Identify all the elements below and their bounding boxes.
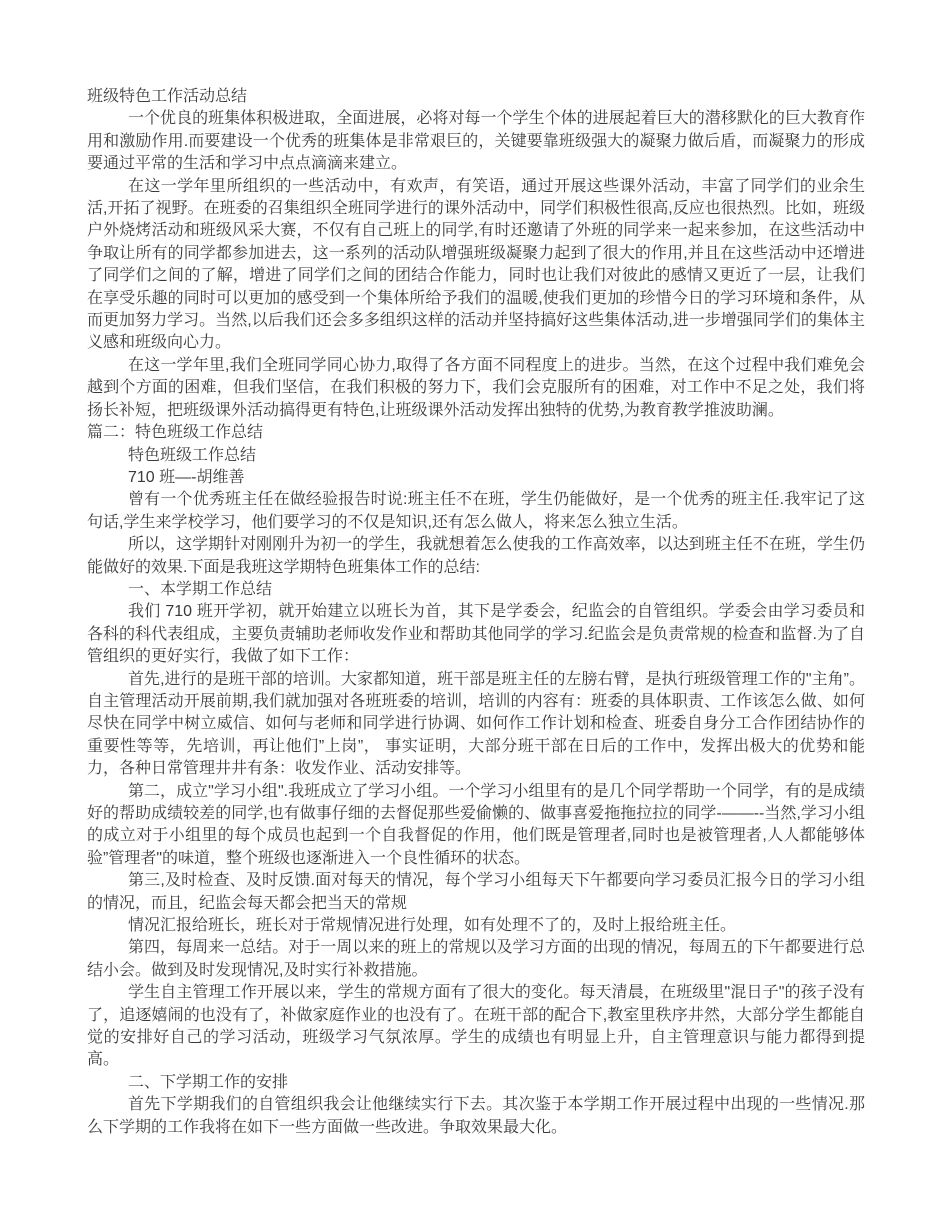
heading-next-term-plan: 二、下学期工作的安排 bbox=[87, 1072, 865, 1094]
heading-current-term-summary: 一、本学期工作总结 bbox=[87, 579, 865, 601]
paragraph-fourth-weekly-summary: 第四，每周来一总结。对于一周以来的班上的常规以及学习方面的出现的情况，每周五的下… bbox=[87, 937, 865, 982]
paragraph-activities: 在这一学年里所组织的一些活动中，有欢声，有笑语，通过开展这些课外活动，丰富了同学… bbox=[87, 176, 865, 355]
paragraph-intro: 一个优良的班集体积极进取，全面进展，必将对每一个学生个体的进展起着巨大的潜移默化… bbox=[87, 108, 865, 175]
paragraph-second-study-groups: 第二，成立"学习小组".我班成立了学习小组。一个学习小组里有的是几个同学帮助一个… bbox=[87, 781, 865, 871]
doc-title: 班级特色工作活动总结 bbox=[87, 86, 865, 108]
section-2-heading: 篇二：特色班级工作总结 bbox=[87, 422, 865, 444]
document-page: 班级特色工作活动总结 一个优良的班集体积极进取，全面进展，必将对每一个学生个体的… bbox=[87, 86, 865, 1139]
section-2-subtitle: 特色班级工作总结 bbox=[87, 445, 865, 467]
paragraph-next-term: 首先下学期我们的自管组织我会让他继续实行下去。其次鉴于本学期工作开展过程中出现的… bbox=[87, 1094, 865, 1139]
paragraph-organization: 我们 710 班开学初，就开始建立以班长为首，其下是学委会，纪监会的自管组织。学… bbox=[87, 601, 865, 668]
paragraph-report-monitor: 情况汇报给班长，班长对于常规情况进行处理，如有处理不了的，及时上报给班主任。 bbox=[87, 915, 865, 937]
paragraph-goal: 所以，这学期针对刚刚升为初一的学生，我就想着怎么使我的工作高效率，以达到班主任不… bbox=[87, 534, 865, 579]
author-line: 710 班—-胡维善 bbox=[87, 467, 865, 489]
paragraph-third-feedback: 第三,及时检查、及时反馈.面对每天的情况，每个学习小组每天下午都要向学习委员汇报… bbox=[87, 870, 865, 915]
paragraph-results: 学生自主管理工作开展以来，学生的常规方面有了很大的变化。每天清晨，在班级里"混日… bbox=[87, 982, 865, 1072]
paragraph-progress: 在这一学年里,我们全班同学同心协力,取得了各方面不同程度上的进步。当然，在这个过… bbox=[87, 355, 865, 422]
paragraph-first-training: 首先,进行的是班干部的培训。大家都知道，班干部是班主任的左膀右臂，是执行班级管理… bbox=[87, 669, 865, 781]
paragraph-quote: 曾有一个优秀班主任在做经验报告时说:班主任不在班，学生仍能做好，是一个优秀的班主… bbox=[87, 489, 865, 534]
